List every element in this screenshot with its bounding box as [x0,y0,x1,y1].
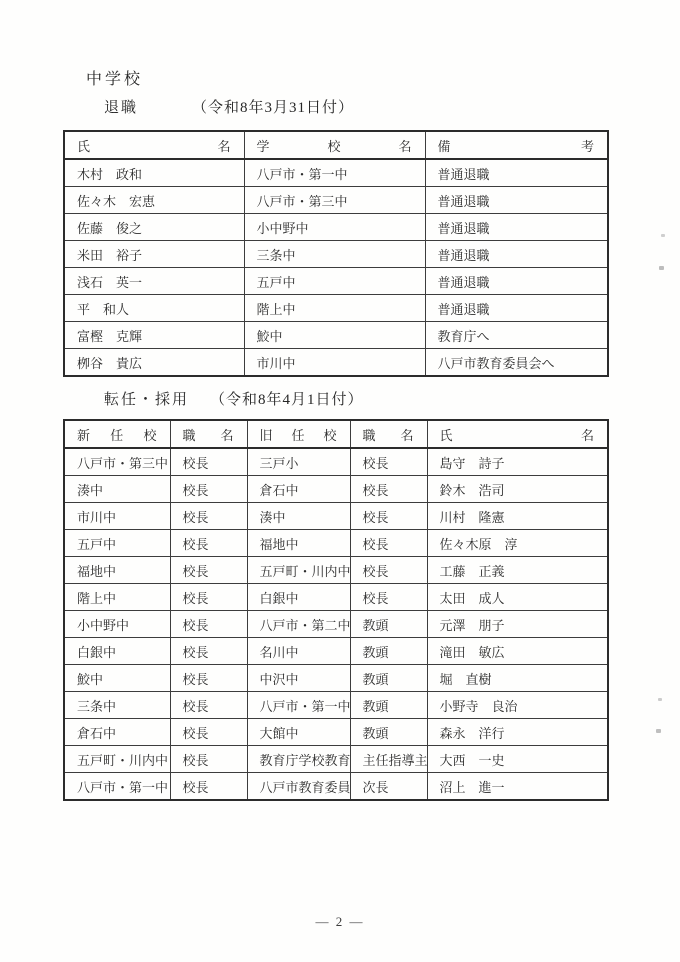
table-row: 米田 裕子三条中普通退職 [64,241,608,268]
cell-school: 五戸中 [244,268,425,295]
cell-note: 普通退職 [425,241,608,268]
cell-old-school: 倉石中 [247,476,350,503]
retirement-table-container: 氏名学校名備考木村 政和八戸市・第一中普通退職佐々木 宏恵八戸市・第三中普通退職… [63,130,609,377]
cell-note: 普通退職 [425,187,608,214]
header-cell: 学校名 [244,131,425,159]
cell-new-title: 校長 [170,746,247,773]
cell-old-school: 福地中 [247,530,350,557]
table-row: 富樫 克輝鮫中教育庁へ [64,322,608,349]
cell-name: 富樫 克輝 [64,322,244,349]
cell-new-school: 湊中 [64,476,170,503]
cell-school: 八戸市・第一中 [244,159,425,187]
cell-new-title: 校長 [170,448,247,476]
table-row: 佐藤 俊之小中野中普通退職 [64,214,608,241]
cell-new-school: 小中野中 [64,611,170,638]
table-row: 佐々木 宏恵八戸市・第三中普通退職 [64,187,608,214]
cell-old-title: 主任指導主事 [350,746,427,773]
cell-old-title: 次長 [350,773,427,801]
cell-name: 滝田 敏広 [427,638,608,665]
transfer-section-title: 転任・採用 [104,388,189,409]
header-cell: 氏名 [64,131,244,159]
table-row: 鮫中校長中沢中教頭堀 直樹 [64,665,608,692]
cell-old-school: 教育庁学校教育課 [247,746,350,773]
cell-old-title: 教頭 [350,611,427,638]
cell-new-school: 八戸市・第一中 [64,773,170,801]
cell-new-school: 福地中 [64,557,170,584]
cell-name: 太田 成人 [427,584,608,611]
table-row: 栁谷 貴広市川中八戸市教育委員会へ [64,349,608,377]
cell-name: 小野寺 良治 [427,692,608,719]
cell-new-title: 校長 [170,719,247,746]
cell-old-school: 八戸市教育委員会 [247,773,350,801]
cell-name: 鈴木 浩司 [427,476,608,503]
cell-new-title: 校長 [170,584,247,611]
cell-school: 小中野中 [244,214,425,241]
table-row: 三条中校長八戸市・第一中教頭小野寺 良治 [64,692,608,719]
cell-old-school: 八戸市・第二中 [247,611,350,638]
cell-school: 八戸市・第三中 [244,187,425,214]
cell-old-title: 教頭 [350,638,427,665]
cell-note: 普通退職 [425,214,608,241]
table-row: 平 和人階上中普通退職 [64,295,608,322]
cell-name: 佐々木原 淳 [427,530,608,557]
page-number: — 2 — [0,914,680,930]
cell-new-title: 校長 [170,530,247,557]
table-row: 白銀中校長名川中教頭滝田 敏広 [64,638,608,665]
cell-new-title: 校長 [170,773,247,801]
cell-new-school: 三条中 [64,692,170,719]
cell-new-title: 校長 [170,503,247,530]
cell-school: 三条中 [244,241,425,268]
header-cell: 職名 [170,420,247,448]
cell-old-school: 五戸町・川内中 [247,557,350,584]
cell-old-school: 八戸市・第一中 [247,692,350,719]
header-row: 新任校職名旧任校職名氏名 [64,420,608,448]
retirement-section-title: 退職 [104,96,138,117]
transfer-date-note: （令和8年4月1日付） [210,388,364,409]
transfer-table: 新任校職名旧任校職名氏名八戸市・第三中校長三戸小校長島守 詩子湊中校長倉石中校長… [63,419,609,801]
cell-old-title: 教頭 [350,665,427,692]
cell-old-title: 校長 [350,557,427,584]
cell-new-school: 倉石中 [64,719,170,746]
cell-school: 市川中 [244,349,425,377]
header-cell: 備考 [425,131,608,159]
cell-note: 普通退職 [425,159,608,187]
cell-old-school: 白銀中 [247,584,350,611]
cell-old-title: 校長 [350,448,427,476]
cell-name: 栁谷 貴広 [64,349,244,377]
cell-name: 大西 一史 [427,746,608,773]
transfer-table-container: 新任校職名旧任校職名氏名八戸市・第三中校長三戸小校長島守 詩子湊中校長倉石中校長… [63,419,609,801]
cell-new-title: 校長 [170,557,247,584]
cell-name: 木村 政和 [64,159,244,187]
cell-school: 階上中 [244,295,425,322]
document-title: 中学校 [86,66,143,89]
table-row: 階上中校長白銀中校長太田 成人 [64,584,608,611]
retirement-table: 氏名学校名備考木村 政和八戸市・第一中普通退職佐々木 宏恵八戸市・第三中普通退職… [63,130,609,377]
cell-old-school: 大館中 [247,719,350,746]
cell-note: 普通退職 [425,268,608,295]
table-row: 福地中校長五戸町・川内中校長工藤 正義 [64,557,608,584]
cell-new-title: 校長 [170,476,247,503]
cell-name: 佐々木 宏恵 [64,187,244,214]
cell-name: 平 和人 [64,295,244,322]
cell-new-school: 五戸町・川内中 [64,746,170,773]
document-page: 中学校 退職 （令和8年3月31日付） 氏名学校名備考木村 政和八戸市・第一中普… [0,0,680,962]
table-row: 倉石中校長大館中教頭森永 洋行 [64,719,608,746]
scan-artifact [661,234,665,237]
cell-old-title: 校長 [350,503,427,530]
cell-old-school: 三戸小 [247,448,350,476]
scan-artifact [659,266,664,270]
table-row: 浅石 英一五戸中普通退職 [64,268,608,295]
cell-new-school: 八戸市・第三中 [64,448,170,476]
cell-name: 佐藤 俊之 [64,214,244,241]
cell-new-title: 校長 [170,638,247,665]
cell-note: 教育庁へ [425,322,608,349]
header-cell: 氏名 [427,420,608,448]
table-row: 八戸市・第三中校長三戸小校長島守 詩子 [64,448,608,476]
table-row: 木村 政和八戸市・第一中普通退職 [64,159,608,187]
scan-artifact [656,729,661,733]
cell-new-school: 白銀中 [64,638,170,665]
header-row: 氏名学校名備考 [64,131,608,159]
cell-new-title: 校長 [170,692,247,719]
cell-note: 八戸市教育委員会へ [425,349,608,377]
table-row: 五戸町・川内中校長教育庁学校教育課主任指導主事大西 一史 [64,746,608,773]
table-row: 小中野中校長八戸市・第二中教頭元澤 朋子 [64,611,608,638]
table-row: 湊中校長倉石中校長鈴木 浩司 [64,476,608,503]
cell-old-school: 名川中 [247,638,350,665]
cell-name: 工藤 正義 [427,557,608,584]
header-cell: 旧任校 [247,420,350,448]
cell-name: 堀 直樹 [427,665,608,692]
cell-new-school: 五戸中 [64,530,170,557]
scan-artifact [658,698,662,701]
cell-old-school: 中沢中 [247,665,350,692]
cell-old-title: 校長 [350,584,427,611]
cell-old-title: 教頭 [350,692,427,719]
cell-old-title: 教頭 [350,719,427,746]
table-row: 市川中校長湊中校長川村 隆憲 [64,503,608,530]
retirement-date-note: （令和8年3月31日付） [192,96,354,117]
cell-new-title: 校長 [170,665,247,692]
table-row: 八戸市・第一中校長八戸市教育委員会次長沼上 進一 [64,773,608,801]
cell-new-school: 鮫中 [64,665,170,692]
header-cell: 新任校 [64,420,170,448]
cell-name: 浅石 英一 [64,268,244,295]
cell-name: 森永 洋行 [427,719,608,746]
header-cell: 職名 [350,420,427,448]
cell-new-school: 階上中 [64,584,170,611]
cell-old-title: 校長 [350,530,427,557]
cell-name: 沼上 進一 [427,773,608,801]
cell-note: 普通退職 [425,295,608,322]
cell-name: 島守 詩子 [427,448,608,476]
cell-new-title: 校長 [170,611,247,638]
cell-name: 川村 隆憲 [427,503,608,530]
cell-new-school: 市川中 [64,503,170,530]
table-row: 五戸中校長福地中校長佐々木原 淳 [64,530,608,557]
cell-name: 元澤 朋子 [427,611,608,638]
cell-old-school: 湊中 [247,503,350,530]
cell-name: 米田 裕子 [64,241,244,268]
cell-old-title: 校長 [350,476,427,503]
cell-school: 鮫中 [244,322,425,349]
